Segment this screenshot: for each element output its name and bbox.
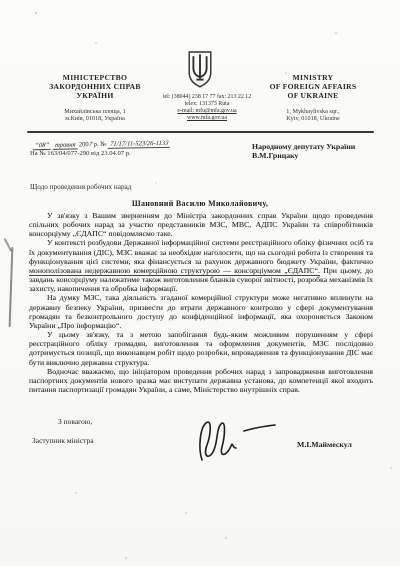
outgoing-date-number: “08” травня 2007 р. № 71/17/11-523/26-11… [33,140,171,150]
header-divider [27,131,374,133]
handwritten-year-digit: 7 [88,141,92,148]
paragraph-2: У контексті розбудови Державної інформац… [29,238,373,293]
paragraph-4: У цьому зв'язку, та з метою запобігання … [29,330,373,367]
paragraph-2-text: У контексті розбудови Державної інформац… [29,238,373,265]
ministry-name-en-line: OF FOREIGN AFFAIRS [248,82,378,91]
number-sign: № [100,141,106,148]
year-suffix: р. [94,141,99,148]
printed-year: 200 [79,141,89,148]
scan-noise [35,12,37,14]
subject-line: Щодо проведення робочих нарад [30,183,131,191]
handwritten-day: “08” [33,142,52,150]
paragraph-5: Водночас вважаємо, що ініціатором провед… [29,367,373,394]
addressee-block: Народному депутату України В.М.Грицаку [252,142,355,161]
ministry-name-en-line: OF UKRAINE [248,91,378,100]
pen-margin-tick [4,238,12,251]
paragraph-1: У зв'язку з Вашим зверненням до Міністра… [29,211,373,238]
pen-margin-mark [9,247,14,327]
signature [178,414,288,466]
scanned-letter-page: МІНІСТЕРСТВО ЗАКОРДОННИХ СПРАВ УКРАЇНИ М… [0,0,400,566]
reply-reference-line: На № 163/04/077-290 від 23.04.07 р. [30,150,131,157]
addressee-title: Народному депутату України [252,142,355,151]
salutation: Шановний Василю Миколайовичу, [0,199,400,208]
ukraine-trident-emblem [185,50,215,90]
handwritten-outgoing-number: 71/17/11-523/26-1133 [108,140,171,149]
ministry-name-ua-line: ЗАКОРДОННИХ СПРАВ [30,82,160,91]
ministry-name-ua-line: МІНІСТЕРСТВО [30,73,160,82]
address-en: 1, Mykhaylivska sqr., Kyiv, 01018, Ukrai… [248,109,378,123]
handwritten-month: травня [52,141,77,149]
paragraph-3: На думку МЗС, така діяльність згаданої к… [29,293,373,330]
closing-regards: З повагою, [58,417,92,426]
address-en-line: Kyiv, 01018, Ukraine [248,116,378,123]
ministry-name-en: MINISTRY OF FOREIGN AFFAIRS OF UKRAINE [248,73,378,100]
ministry-name-en-line: MINISTRY [248,73,378,82]
addressee-name: В.М.Грицаку [252,151,355,160]
signer-position: Заступник міністра [32,436,94,445]
letter-body: У зв'язку з Вашим зверненням до Міністра… [29,211,373,394]
signer-name: М.І.Маймескул [297,440,352,449]
telex-line: telex: 131373 Ruta [132,101,282,108]
